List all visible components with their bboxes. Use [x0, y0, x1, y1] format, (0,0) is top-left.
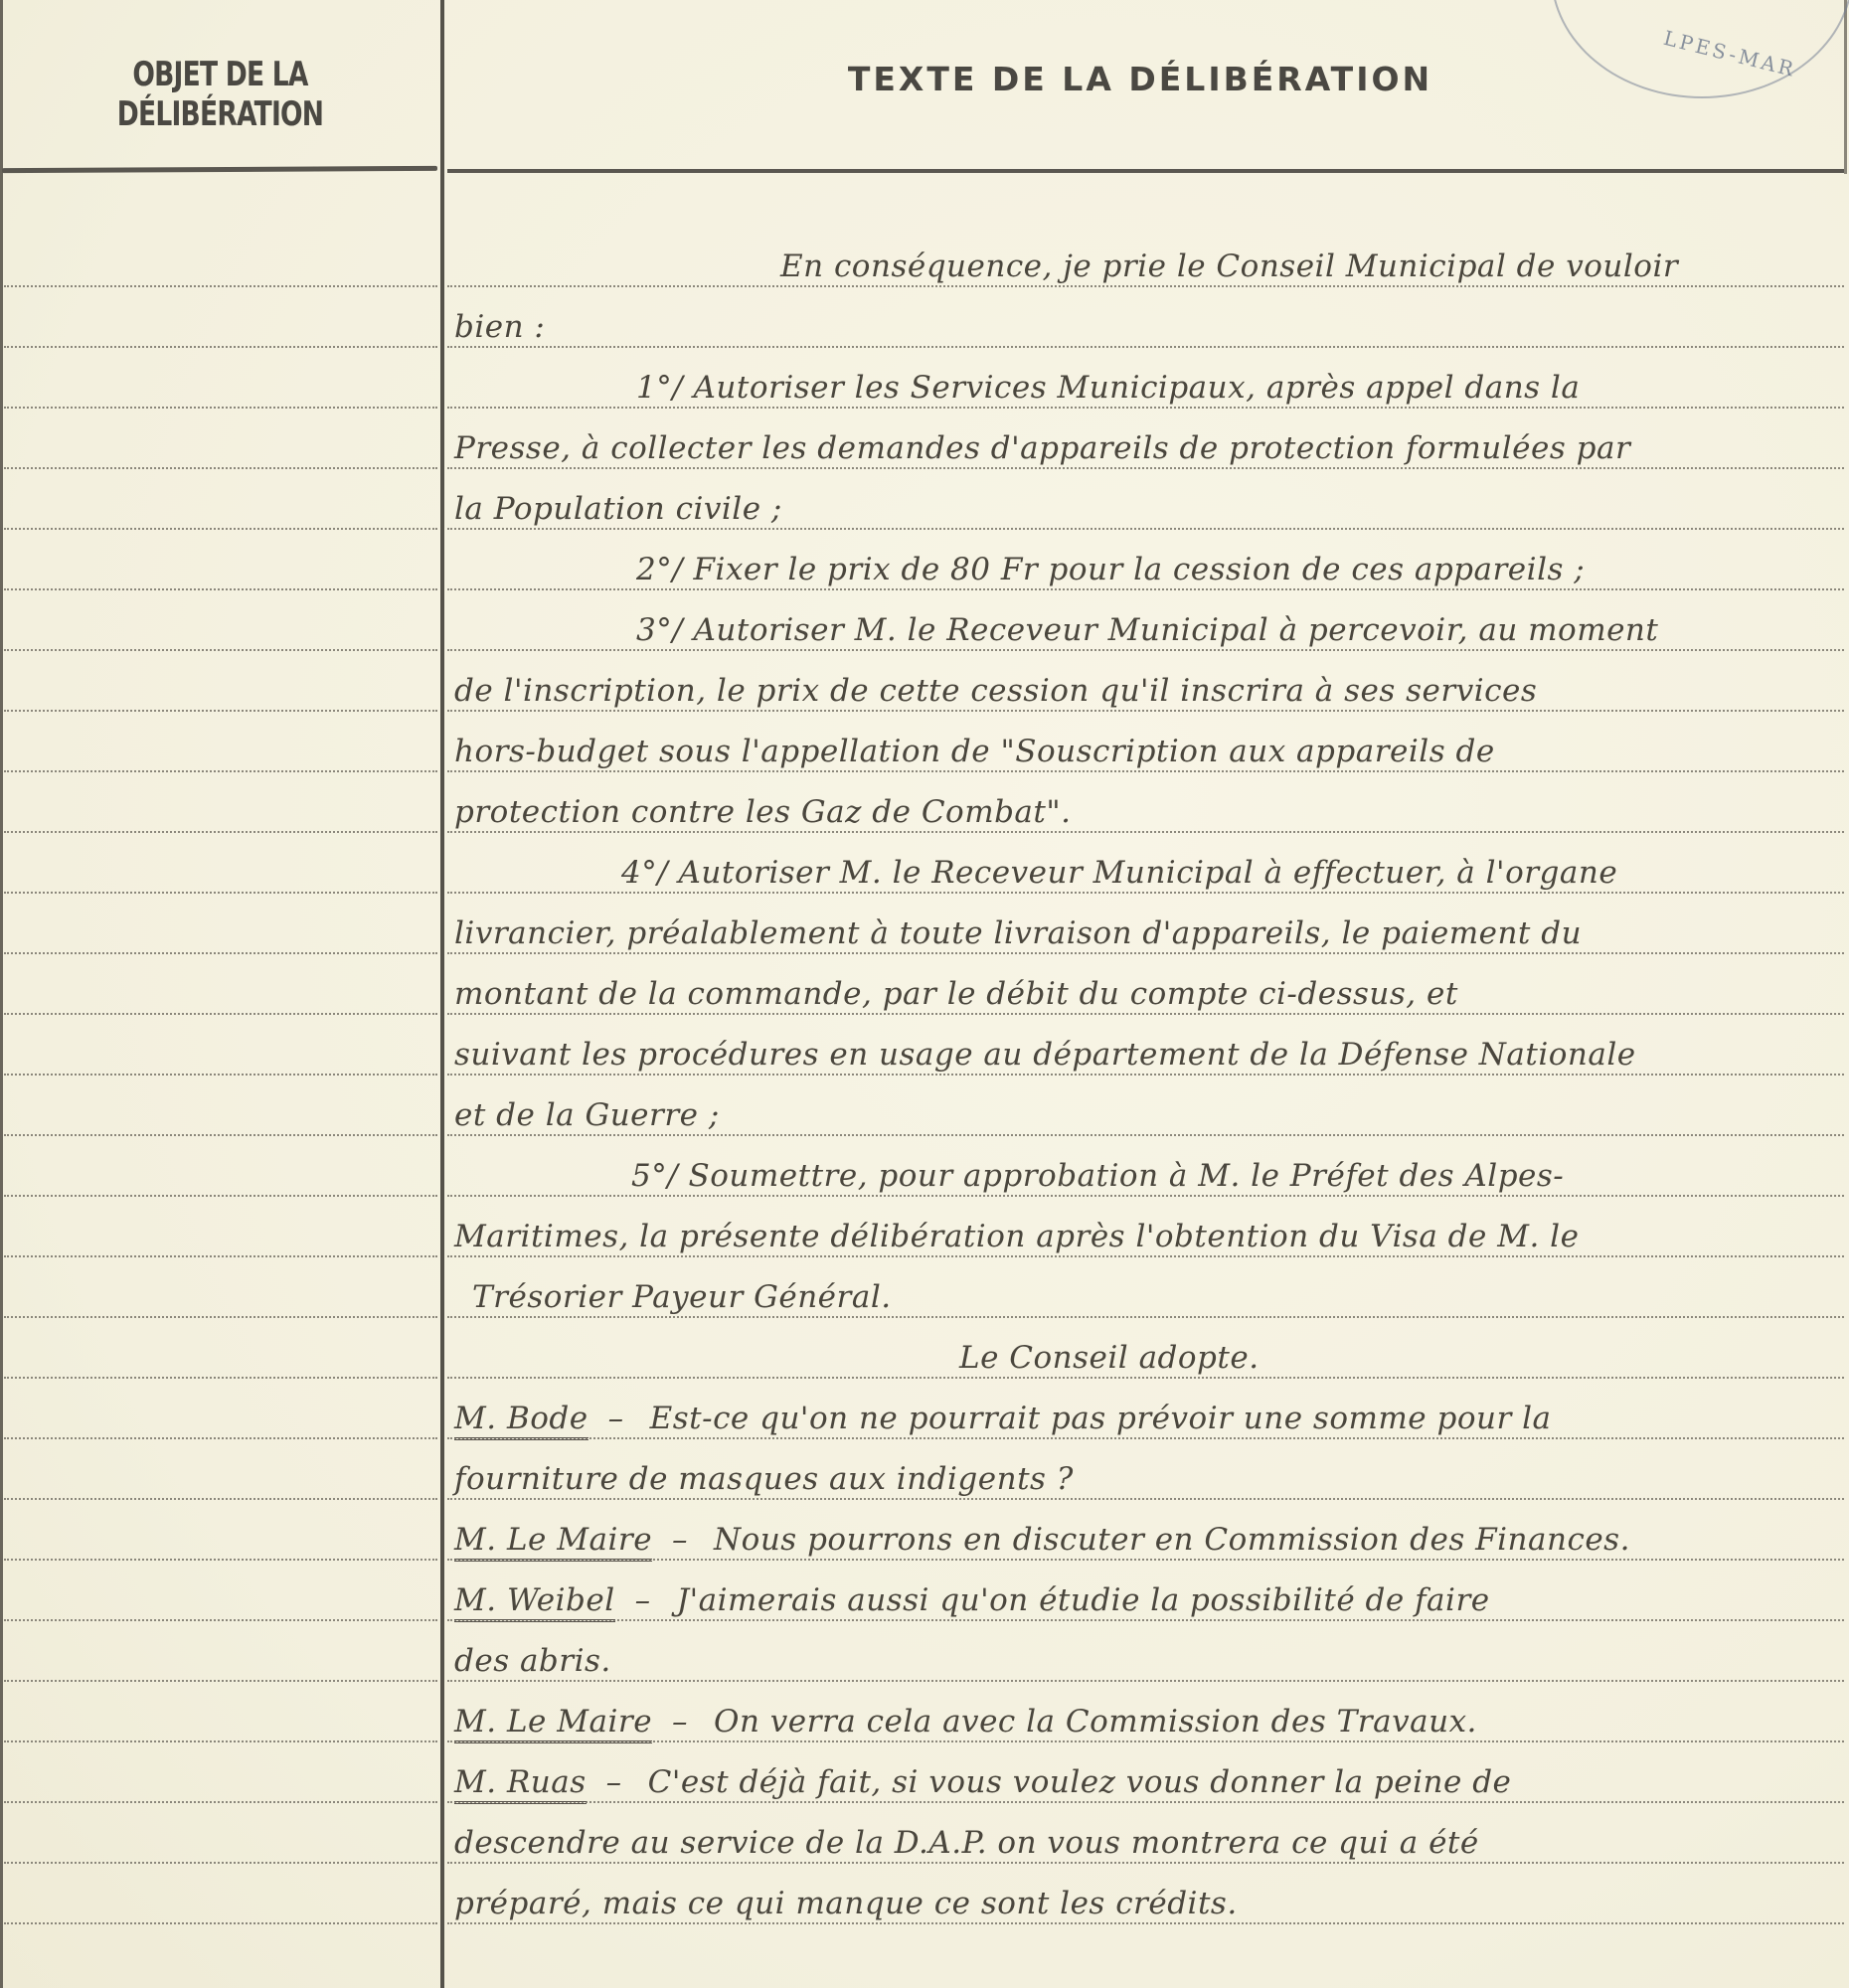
speech-text: descendre au service de la D.A.P. on vou… — [454, 1825, 1479, 1861]
speaker-name: M. Ruas — [454, 1764, 587, 1804]
dialogue-line: préparé, mais ce qui manque ce sont les … — [454, 1886, 1238, 1921]
ruled-line — [4, 1740, 437, 1742]
speech-text: Est-ce qu'on ne pourrait pas prévoir une… — [650, 1401, 1552, 1436]
ruled-line — [447, 1195, 1844, 1197]
header-rule-right — [447, 169, 1844, 173]
ruled-line — [447, 1680, 1844, 1682]
dialogue-line: M. Bode–Est-ce qu'on ne pourrait pas pré… — [454, 1401, 1552, 1440]
text-line: la Population civile ; — [454, 491, 782, 527]
ruled-line — [447, 1498, 1844, 1500]
ruled-line — [4, 1377, 437, 1379]
dialogue-line: M. Le Maire–On verra cela avec la Commis… — [454, 1704, 1477, 1743]
ruled-line — [4, 1498, 437, 1500]
ruled-line — [447, 1134, 1844, 1136]
speech-text: C'est déjà fait, si vous voulez vous don… — [648, 1764, 1512, 1800]
text-line: En conséquence, je prie le Conseil Munic… — [780, 248, 1678, 284]
ruled-line — [447, 467, 1844, 469]
ruled-line — [447, 1377, 1844, 1379]
speaker-dash: – — [635, 1582, 651, 1618]
text-line: montant de la commande, par le débit du … — [454, 976, 1458, 1012]
text-line: et de la Guerre ; — [454, 1097, 720, 1133]
text-line: Maritimes, la présente délibération aprè… — [454, 1219, 1579, 1254]
ruled-line — [447, 346, 1844, 348]
column-header-objet: OBJET DE LA DÉLIBÉRATION — [49, 55, 393, 134]
ruled-line — [4, 407, 437, 409]
register-page: OBJET DE LA DÉLIBÉRATION TEXTE DE LA DÉL… — [0, 0, 1849, 1988]
speaker-name: M. Bode — [454, 1401, 588, 1440]
text-line: 2°/ Fixer le prix de 80 Fr pour la cessi… — [636, 552, 1585, 587]
ruled-line — [4, 1255, 437, 1257]
text-line: bien : — [454, 309, 545, 345]
ruled-line — [447, 407, 1844, 409]
page-right-edge — [1844, 0, 1847, 174]
ruled-line — [447, 770, 1844, 772]
ruled-line — [447, 1316, 1844, 1318]
ruled-line — [4, 1134, 437, 1136]
ruled-line — [4, 588, 437, 590]
speech-text: fourniture de masques aux indigents ? — [454, 1461, 1074, 1497]
text-line: 3°/ Autoriser M. le Receveur Municipal à… — [636, 612, 1658, 648]
dialogue-line: M. Le Maire–Nous pourrons en discuter en… — [454, 1522, 1630, 1562]
dialogue-line: M. Ruas–C'est déjà fait, si vous voulez … — [454, 1764, 1511, 1804]
ruled-line — [447, 831, 1844, 833]
ruled-line — [447, 1862, 1844, 1864]
ruled-line — [4, 831, 437, 833]
speaker-dash: – — [672, 1704, 688, 1739]
ruled-line — [4, 285, 437, 287]
ruled-line — [4, 710, 437, 712]
ruled-line — [447, 952, 1844, 954]
speaker-dash: – — [606, 1764, 622, 1800]
ruled-line — [447, 892, 1844, 894]
ruled-line — [4, 1013, 437, 1015]
ruled-line — [447, 710, 1844, 712]
page-left-border — [0, 0, 3, 1988]
ruled-line — [4, 1862, 437, 1864]
ruled-line — [4, 1801, 437, 1803]
text-line: 1°/ Autoriser les Services Municipaux, a… — [636, 370, 1580, 406]
ruled-line — [447, 285, 1844, 287]
speaker-dash: – — [608, 1401, 624, 1436]
text-line: protection contre les Gaz de Combat". — [454, 794, 1072, 830]
speaker-name: M. Weibel — [454, 1582, 615, 1622]
speaker-dash: – — [672, 1522, 688, 1558]
speech-text: Nous pourrons en discuter en Commission … — [714, 1522, 1630, 1558]
ruled-line — [4, 1316, 437, 1318]
ruled-line — [4, 1619, 437, 1621]
ruled-line — [4, 770, 437, 772]
text-line: Presse, à collecter les demandes d'appar… — [454, 430, 1630, 466]
ruled-line — [4, 952, 437, 954]
column-divider — [440, 0, 444, 1988]
text-line: suivant les procédures en usage au dépar… — [454, 1037, 1636, 1073]
ruled-line — [4, 649, 437, 651]
ruled-line — [447, 1074, 1844, 1076]
dialogue-line: descendre au service de la D.A.P. on vou… — [454, 1825, 1479, 1861]
speaker-name: M. Le Maire — [454, 1704, 652, 1743]
conseil-adopte: Le Conseil adopte. — [959, 1340, 1260, 1376]
ruled-line — [447, 528, 1844, 530]
ruled-line — [4, 1074, 437, 1076]
ruled-line — [4, 1437, 437, 1439]
speaker-name: M. Le Maire — [454, 1522, 652, 1562]
ruled-line — [4, 528, 437, 530]
dialogue-line: fourniture de masques aux indigents ? — [454, 1461, 1074, 1497]
ruled-line — [4, 1195, 437, 1197]
text-line: de l'inscription, le prix de cette cessi… — [454, 673, 1537, 709]
ruled-line — [4, 892, 437, 894]
text-line: 4°/ Autoriser M. le Receveur Municipal à… — [621, 855, 1617, 891]
ruled-line — [447, 1013, 1844, 1015]
ruled-line — [447, 588, 1844, 590]
ruled-line — [4, 1922, 437, 1924]
text-line: livrancier, préalablement à toute livrai… — [454, 915, 1582, 951]
speech-text: des abris. — [454, 1643, 611, 1679]
speech-text: J'aimerais aussi qu'on étudie la possibi… — [677, 1582, 1490, 1618]
ruled-line — [4, 1559, 437, 1561]
ruled-line — [4, 346, 437, 348]
text-line: 5°/ Soumettre, pour approbation à M. le … — [631, 1158, 1564, 1194]
text-line: Trésorier Payeur Général. — [472, 1279, 892, 1315]
ruled-line — [447, 1922, 1844, 1924]
dialogue-line: M. Weibel–J'aimerais aussi qu'on étudie … — [454, 1582, 1490, 1622]
ruled-line — [4, 467, 437, 469]
speech-text: préparé, mais ce qui manque ce sont les … — [454, 1886, 1238, 1921]
text-line: hors-budget sous l'appellation de "Sousc… — [454, 734, 1495, 769]
dialogue-line: des abris. — [454, 1643, 611, 1679]
speech-text: On verra cela avec la Commission des Tra… — [714, 1704, 1477, 1739]
ruled-line — [447, 649, 1844, 651]
header-rule-left — [2, 166, 437, 173]
ruled-line — [4, 1680, 437, 1682]
ruled-line — [447, 1255, 1844, 1257]
